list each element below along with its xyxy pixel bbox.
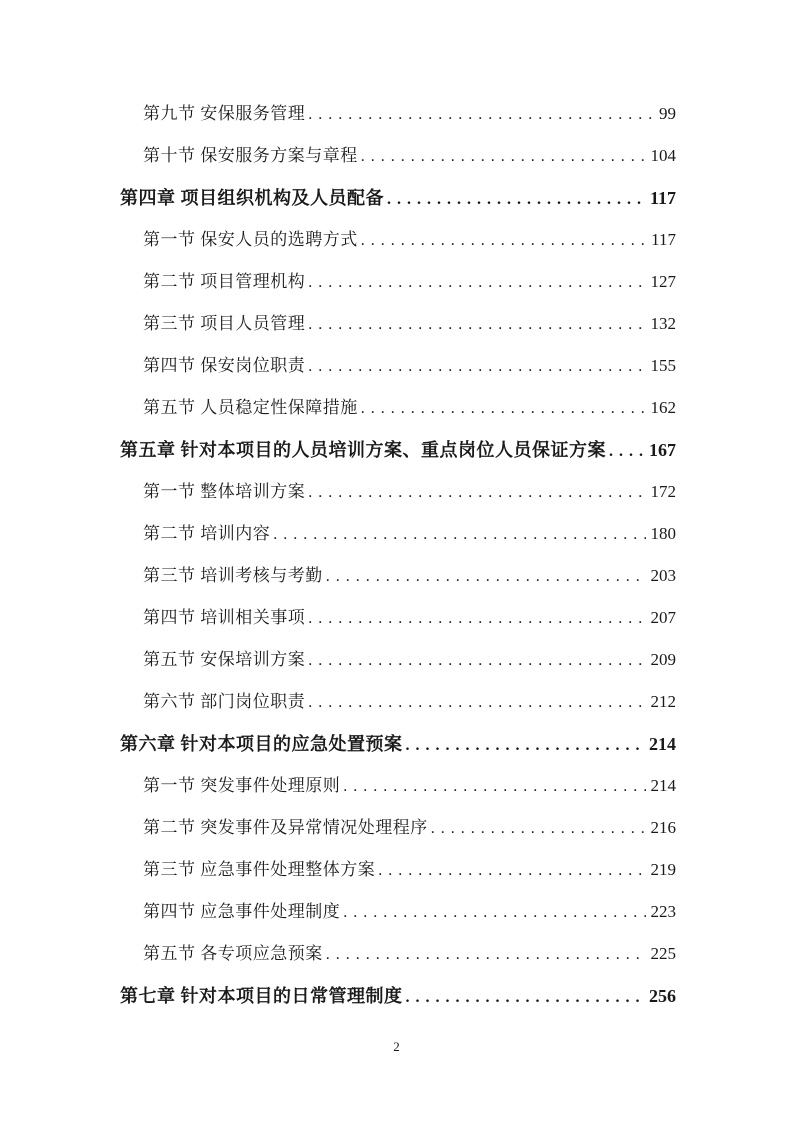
toc-entry-label: 第九节 安保服务管理 [143, 93, 305, 135]
toc-row[interactable]: 第十节 保安服务方案与章程 104 [120, 135, 676, 177]
toc-entry-label: 第五节 各专项应急预案 [143, 933, 323, 975]
toc-row[interactable]: 第五章 针对本项目的人员培训方案、重点岗位人员保证方案 167 [120, 429, 676, 471]
toc-row[interactable]: 第三节 培训考核与考勤 203 [120, 555, 676, 597]
toc-entry-page-number: 223 [651, 891, 677, 933]
toc-row[interactable]: 第七章 针对本项目的日常管理制度 256 [120, 975, 676, 1017]
toc-row[interactable]: 第二节 突发事件及异常情况处理程序 216 [120, 807, 676, 849]
toc-row[interactable]: 第三节 应急事件处理整体方案 219 [120, 849, 676, 891]
table-of-contents: 第九节 安保服务管理 99 第十节 保安服务方案与章程 104 第四章 项目组织… [120, 93, 676, 1017]
dot-leader [308, 681, 645, 724]
toc-entry-page-number: 117 [651, 219, 676, 261]
document-page: 第九节 安保服务管理 99 第十节 保安服务方案与章程 104 第四章 项目组织… [0, 0, 793, 1122]
dot-leader [273, 513, 645, 556]
toc-row[interactable]: 第二节 项目管理机构 127 [120, 261, 676, 303]
toc-entry-page-number: 225 [651, 933, 677, 975]
dot-leader [308, 471, 645, 514]
dot-leader [343, 891, 645, 934]
toc-entry-page-number: 99 [659, 93, 676, 135]
toc-entry-page-number: 162 [651, 387, 677, 429]
dot-leader [361, 387, 646, 430]
toc-entry-label: 第四章 项目组织机构及人员配备 [120, 177, 384, 219]
toc-entry-label: 第五节 安保培训方案 [143, 639, 305, 681]
toc-entry-label: 第三节 培训考核与考勤 [143, 555, 323, 597]
toc-entry-label: 第六章 针对本项目的应急处置预案 [120, 723, 403, 765]
toc-row[interactable]: 第一节 整体培训方案 172 [120, 471, 676, 513]
toc-row[interactable]: 第九节 安保服务管理 99 [120, 93, 676, 135]
toc-row[interactable]: 第六章 针对本项目的应急处置预案 214 [120, 723, 676, 765]
toc-row[interactable]: 第四节 应急事件处理制度 223 [120, 891, 676, 933]
toc-entry-label: 第一节 整体培训方案 [143, 471, 305, 513]
dot-leader [431, 807, 646, 850]
toc-entry-page-number: 132 [651, 303, 677, 345]
toc-row[interactable]: 第五节 安保培训方案 209 [120, 639, 676, 681]
toc-entry-page-number: 172 [651, 471, 677, 513]
toc-entry-page-number: 117 [650, 177, 676, 219]
dot-leader [326, 555, 646, 598]
toc-entry-label: 第六节 部门岗位职责 [143, 681, 305, 723]
toc-entry-page-number: 216 [651, 807, 677, 849]
dot-leader [308, 639, 645, 682]
toc-entry-label: 第二节 培训内容 [143, 513, 270, 555]
dot-leader [378, 849, 645, 892]
toc-entry-label: 第一节 突发事件处理原则 [143, 765, 340, 807]
dot-leader [326, 933, 646, 976]
toc-entry-page-number: 219 [651, 849, 677, 891]
dot-leader [308, 261, 645, 304]
toc-entry-label: 第四节 应急事件处理制度 [143, 891, 340, 933]
toc-entry-label: 第五节 人员稳定性保障措施 [143, 387, 358, 429]
dot-leader [387, 177, 645, 221]
dot-leader [308, 93, 654, 136]
toc-row[interactable]: 第五节 各专项应急预案 225 [120, 933, 676, 975]
toc-entry-page-number: 214 [649, 723, 676, 765]
toc-entry-label: 第三节 应急事件处理整体方案 [143, 849, 375, 891]
toc-row[interactable]: 第二节 培训内容 180 [120, 513, 676, 555]
toc-entry-page-number: 155 [651, 345, 677, 387]
toc-row[interactable]: 第四章 项目组织机构及人员配备 117 [120, 177, 676, 219]
dot-leader [361, 135, 646, 178]
toc-entry-page-number: 209 [651, 639, 677, 681]
toc-entry-page-number: 104 [651, 135, 677, 177]
toc-row[interactable]: 第三节 项目人员管理 132 [120, 303, 676, 345]
toc-row[interactable]: 第六节 部门岗位职责 212 [120, 681, 676, 723]
toc-entry-page-number: 180 [651, 513, 677, 555]
dot-leader [308, 345, 645, 388]
toc-entry-page-number: 127 [651, 261, 677, 303]
toc-entry-label: 第五章 针对本项目的人员培训方案、重点岗位人员保证方案 [120, 429, 606, 471]
toc-entry-label: 第二节 突发事件及异常情况处理程序 [143, 807, 428, 849]
dot-leader [406, 723, 645, 767]
toc-entry-page-number: 167 [649, 429, 676, 471]
toc-entry-label: 第二节 项目管理机构 [143, 261, 305, 303]
toc-row[interactable]: 第一节 保安人员的选聘方式 117 [120, 219, 676, 261]
toc-entry-page-number: 207 [651, 597, 677, 639]
toc-entry-page-number: 256 [649, 975, 676, 1017]
toc-entry-label: 第四节 培训相关事项 [143, 597, 305, 639]
page-footer: 2 [0, 1038, 793, 1056]
dot-leader [308, 597, 645, 640]
toc-row[interactable]: 第四节 保安岗位职责 155 [120, 345, 676, 387]
toc-entry-page-number: 214 [651, 765, 677, 807]
toc-entry-label: 第三节 项目人员管理 [143, 303, 305, 345]
dot-leader [308, 303, 645, 346]
dot-leader [361, 219, 646, 262]
dot-leader [609, 429, 644, 473]
dot-leader [406, 975, 645, 1019]
toc-entry-page-number: 203 [651, 555, 677, 597]
toc-row[interactable]: 第五节 人员稳定性保障措施 162 [120, 387, 676, 429]
toc-entry-label: 第一节 保安人员的选聘方式 [143, 219, 358, 261]
toc-row[interactable]: 第四节 培训相关事项 207 [120, 597, 676, 639]
toc-entry-label: 第七章 针对本项目的日常管理制度 [120, 975, 403, 1017]
dot-leader [343, 765, 645, 808]
toc-entry-label: 第十节 保安服务方案与章程 [143, 135, 358, 177]
toc-entry-page-number: 212 [651, 681, 677, 723]
page-number: 2 [393, 1039, 400, 1054]
toc-entry-label: 第四节 保安岗位职责 [143, 345, 305, 387]
toc-row[interactable]: 第一节 突发事件处理原则 214 [120, 765, 676, 807]
